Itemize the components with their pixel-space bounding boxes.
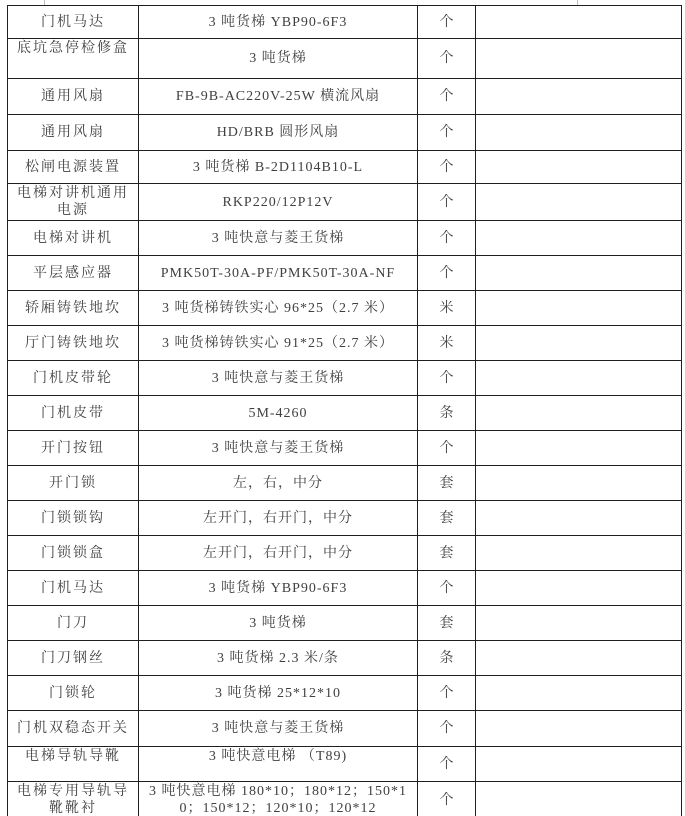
- cell-unit: 套: [418, 606, 476, 641]
- cell-spec: 3 吨快意与菱王货梯: [139, 221, 418, 256]
- table-row: 门锁轮3 吨货梯 25*12*10个: [8, 676, 682, 711]
- cell-unit: 个: [418, 184, 476, 221]
- cell-spec: FB-9B-AC220V-25W 横流风扇: [139, 79, 418, 115]
- cell-name: 门机皮带轮: [8, 361, 139, 396]
- cell-name: 底坑急停检修盒: [8, 39, 139, 79]
- table-row: 电梯专用导轨导靴靴衬3 吨快意电梯 180*10；180*12；150*10；1…: [8, 782, 682, 816]
- table-row: 松闸电源装置3 吨货梯 B-2D1104B10-L个: [8, 151, 682, 184]
- cell-spec: 3 吨货梯 2.3 米/条: [139, 641, 418, 676]
- cell-name: 松闸电源装置: [8, 151, 139, 184]
- table-row: 平层感应器PMK50T-30A-PF/PMK50T-30A-NF个: [8, 256, 682, 291]
- empty-cell: [476, 641, 682, 676]
- cell-unit: 个: [418, 6, 476, 39]
- cell-unit: 个: [418, 676, 476, 711]
- cell-name: 通用风扇: [8, 115, 139, 151]
- cell-spec: 3 吨货梯铸铁实心 96*25（2.7 米）: [139, 291, 418, 326]
- empty-cell: [476, 782, 682, 816]
- cell-spec: 3 吨快意电梯 180*10；180*12；150*10；150*12；120*…: [139, 782, 418, 816]
- empty-cell: [476, 747, 682, 782]
- cell-name: 门刀钢丝: [8, 641, 139, 676]
- cell-unit: 个: [418, 221, 476, 256]
- cell-unit: 套: [418, 536, 476, 571]
- cell-name: 平层感应器: [8, 256, 139, 291]
- empty-cell: [476, 396, 682, 431]
- cell-unit: 个: [418, 79, 476, 115]
- cell-spec: 3 吨快意与菱王货梯: [139, 361, 418, 396]
- cell-spec: 3 吨快意电梯 （T89): [139, 747, 418, 782]
- table-row: 轿厢铸铁地坎3 吨货梯铸铁实心 96*25（2.7 米）米: [8, 291, 682, 326]
- table-row: 底坑急停检修盒3 吨货梯个: [8, 39, 682, 79]
- cell-unit: 个: [418, 431, 476, 466]
- empty-cell: [476, 571, 682, 606]
- cell-spec: 3 吨货梯 25*12*10: [139, 676, 418, 711]
- cell-unit: 套: [418, 501, 476, 536]
- cell-unit: 个: [418, 115, 476, 151]
- cell-unit: 个: [418, 711, 476, 747]
- empty-cell: [476, 115, 682, 151]
- table-row: 门机皮带轮3 吨快意与菱王货梯个: [8, 361, 682, 396]
- cell-unit: 条: [418, 641, 476, 676]
- table-row: 电梯导轨导靴3 吨快意电梯 （T89)个: [8, 747, 682, 782]
- table-row: 通用风扇FB-9B-AC220V-25W 横流风扇个: [8, 79, 682, 115]
- cell-unit: 个: [418, 361, 476, 396]
- cell-unit: 条: [418, 396, 476, 431]
- cell-name: 门机皮带: [8, 396, 139, 431]
- empty-cell: [476, 326, 682, 361]
- empty-cell: [476, 256, 682, 291]
- cell-spec: 3 吨货梯铸铁实心 91*25（2.7 米）: [139, 326, 418, 361]
- cell-spec: 3 吨货梯 YBP90-6F3: [139, 6, 418, 39]
- cell-unit: 套: [418, 466, 476, 501]
- cell-name: 门锁轮: [8, 676, 139, 711]
- empty-cell: [476, 501, 682, 536]
- cell-name: 门机双稳态开关: [8, 711, 139, 747]
- table-row: 门刀3 吨货梯套: [8, 606, 682, 641]
- empty-cell: [476, 606, 682, 641]
- cell-spec: 左，右，中分: [139, 466, 418, 501]
- cell-spec: 左开门，右开门，中分: [139, 501, 418, 536]
- table-row: 厅门铸铁地坎3 吨货梯铸铁实心 91*25（2.7 米）米: [8, 326, 682, 361]
- table-row: 开门锁左，右，中分套: [8, 466, 682, 501]
- cell-unit: 米: [418, 291, 476, 326]
- parts-table-body: 门机马达3 吨货梯 YBP90-6F3个底坑急停检修盒3 吨货梯个通用风扇FB-…: [8, 6, 682, 816]
- table-row: 门机双稳态开关3 吨快意与菱王货梯个: [8, 711, 682, 747]
- table-row: 电梯对讲机通用电源RKP220/12P12V个: [8, 184, 682, 221]
- cell-name: 电梯对讲机: [8, 221, 139, 256]
- cell-spec: PMK50T-30A-PF/PMK50T-30A-NF: [139, 256, 418, 291]
- cell-name: 电梯导轨导靴: [8, 747, 139, 782]
- cell-name: 开门按钮: [8, 431, 139, 466]
- table-row: 门锁锁盒左开门，右开门，中分套: [8, 536, 682, 571]
- empty-cell: [476, 39, 682, 79]
- cell-spec: 3 吨快意与菱王货梯: [139, 431, 418, 466]
- empty-cell: [476, 291, 682, 326]
- table-row: 门机马达3 吨货梯 YBP90-6F3个: [8, 6, 682, 39]
- cell-name: 厅门铸铁地坎: [8, 326, 139, 361]
- empty-cell: [476, 151, 682, 184]
- cell-name: 门机马达: [8, 571, 139, 606]
- table-row: 开门按钮3 吨快意与菱王货梯个: [8, 431, 682, 466]
- cell-name: 电梯对讲机通用电源: [8, 184, 139, 221]
- cell-spec: 左开门，右开门，中分: [139, 536, 418, 571]
- table-row: 电梯对讲机3 吨快意与菱王货梯个: [8, 221, 682, 256]
- table-row: 通用风扇HD/BRB 圆形风扇个: [8, 115, 682, 151]
- cell-unit: 个: [418, 571, 476, 606]
- cell-spec: 3 吨货梯 B-2D1104B10-L: [139, 151, 418, 184]
- cell-unit: 米: [418, 326, 476, 361]
- cell-name: 门机马达: [8, 6, 139, 39]
- cell-spec: RKP220/12P12V: [139, 184, 418, 221]
- parts-spec-table: 门机马达3 吨货梯 YBP90-6F3个底坑急停检修盒3 吨货梯个通用风扇FB-…: [7, 5, 682, 816]
- empty-cell: [476, 676, 682, 711]
- empty-cell: [476, 184, 682, 221]
- cell-unit: 个: [418, 747, 476, 782]
- cell-name: 门锁锁盒: [8, 536, 139, 571]
- empty-cell: [476, 361, 682, 396]
- cell-unit: 个: [418, 151, 476, 184]
- empty-cell: [476, 466, 682, 501]
- cell-name: 电梯专用导轨导靴靴衬: [8, 782, 139, 816]
- empty-cell: [476, 221, 682, 256]
- table-row: 门刀钢丝3 吨货梯 2.3 米/条条: [8, 641, 682, 676]
- empty-cell: [476, 536, 682, 571]
- cell-name: 开门锁: [8, 466, 139, 501]
- cell-spec: 5M-4260: [139, 396, 418, 431]
- cell-spec: 3 吨快意与菱王货梯: [139, 711, 418, 747]
- cell-spec: HD/BRB 圆形风扇: [139, 115, 418, 151]
- cell-spec: 3 吨货梯: [139, 39, 418, 79]
- cell-unit: 个: [418, 256, 476, 291]
- empty-cell: [476, 431, 682, 466]
- cell-name: 门刀: [8, 606, 139, 641]
- empty-cell: [476, 79, 682, 115]
- empty-cell: [476, 6, 682, 39]
- table-row: 门机皮带5M-4260条: [8, 396, 682, 431]
- empty-cell: [476, 711, 682, 747]
- table-row: 门机马达3 吨货梯 YBP90-6F3个: [8, 571, 682, 606]
- table-row: 门锁锁钩左开门，右开门，中分套: [8, 501, 682, 536]
- cell-name: 通用风扇: [8, 79, 139, 115]
- cell-name: 门锁锁钩: [8, 501, 139, 536]
- cell-name: 轿厢铸铁地坎: [8, 291, 139, 326]
- document-page: 门机马达3 吨货梯 YBP90-6F3个底坑急停检修盒3 吨货梯个通用风扇FB-…: [0, 0, 685, 816]
- cell-unit: 个: [418, 39, 476, 79]
- cell-spec: 3 吨货梯 YBP90-6F3: [139, 571, 418, 606]
- cell-spec: 3 吨货梯: [139, 606, 418, 641]
- cell-unit: 个: [418, 782, 476, 816]
